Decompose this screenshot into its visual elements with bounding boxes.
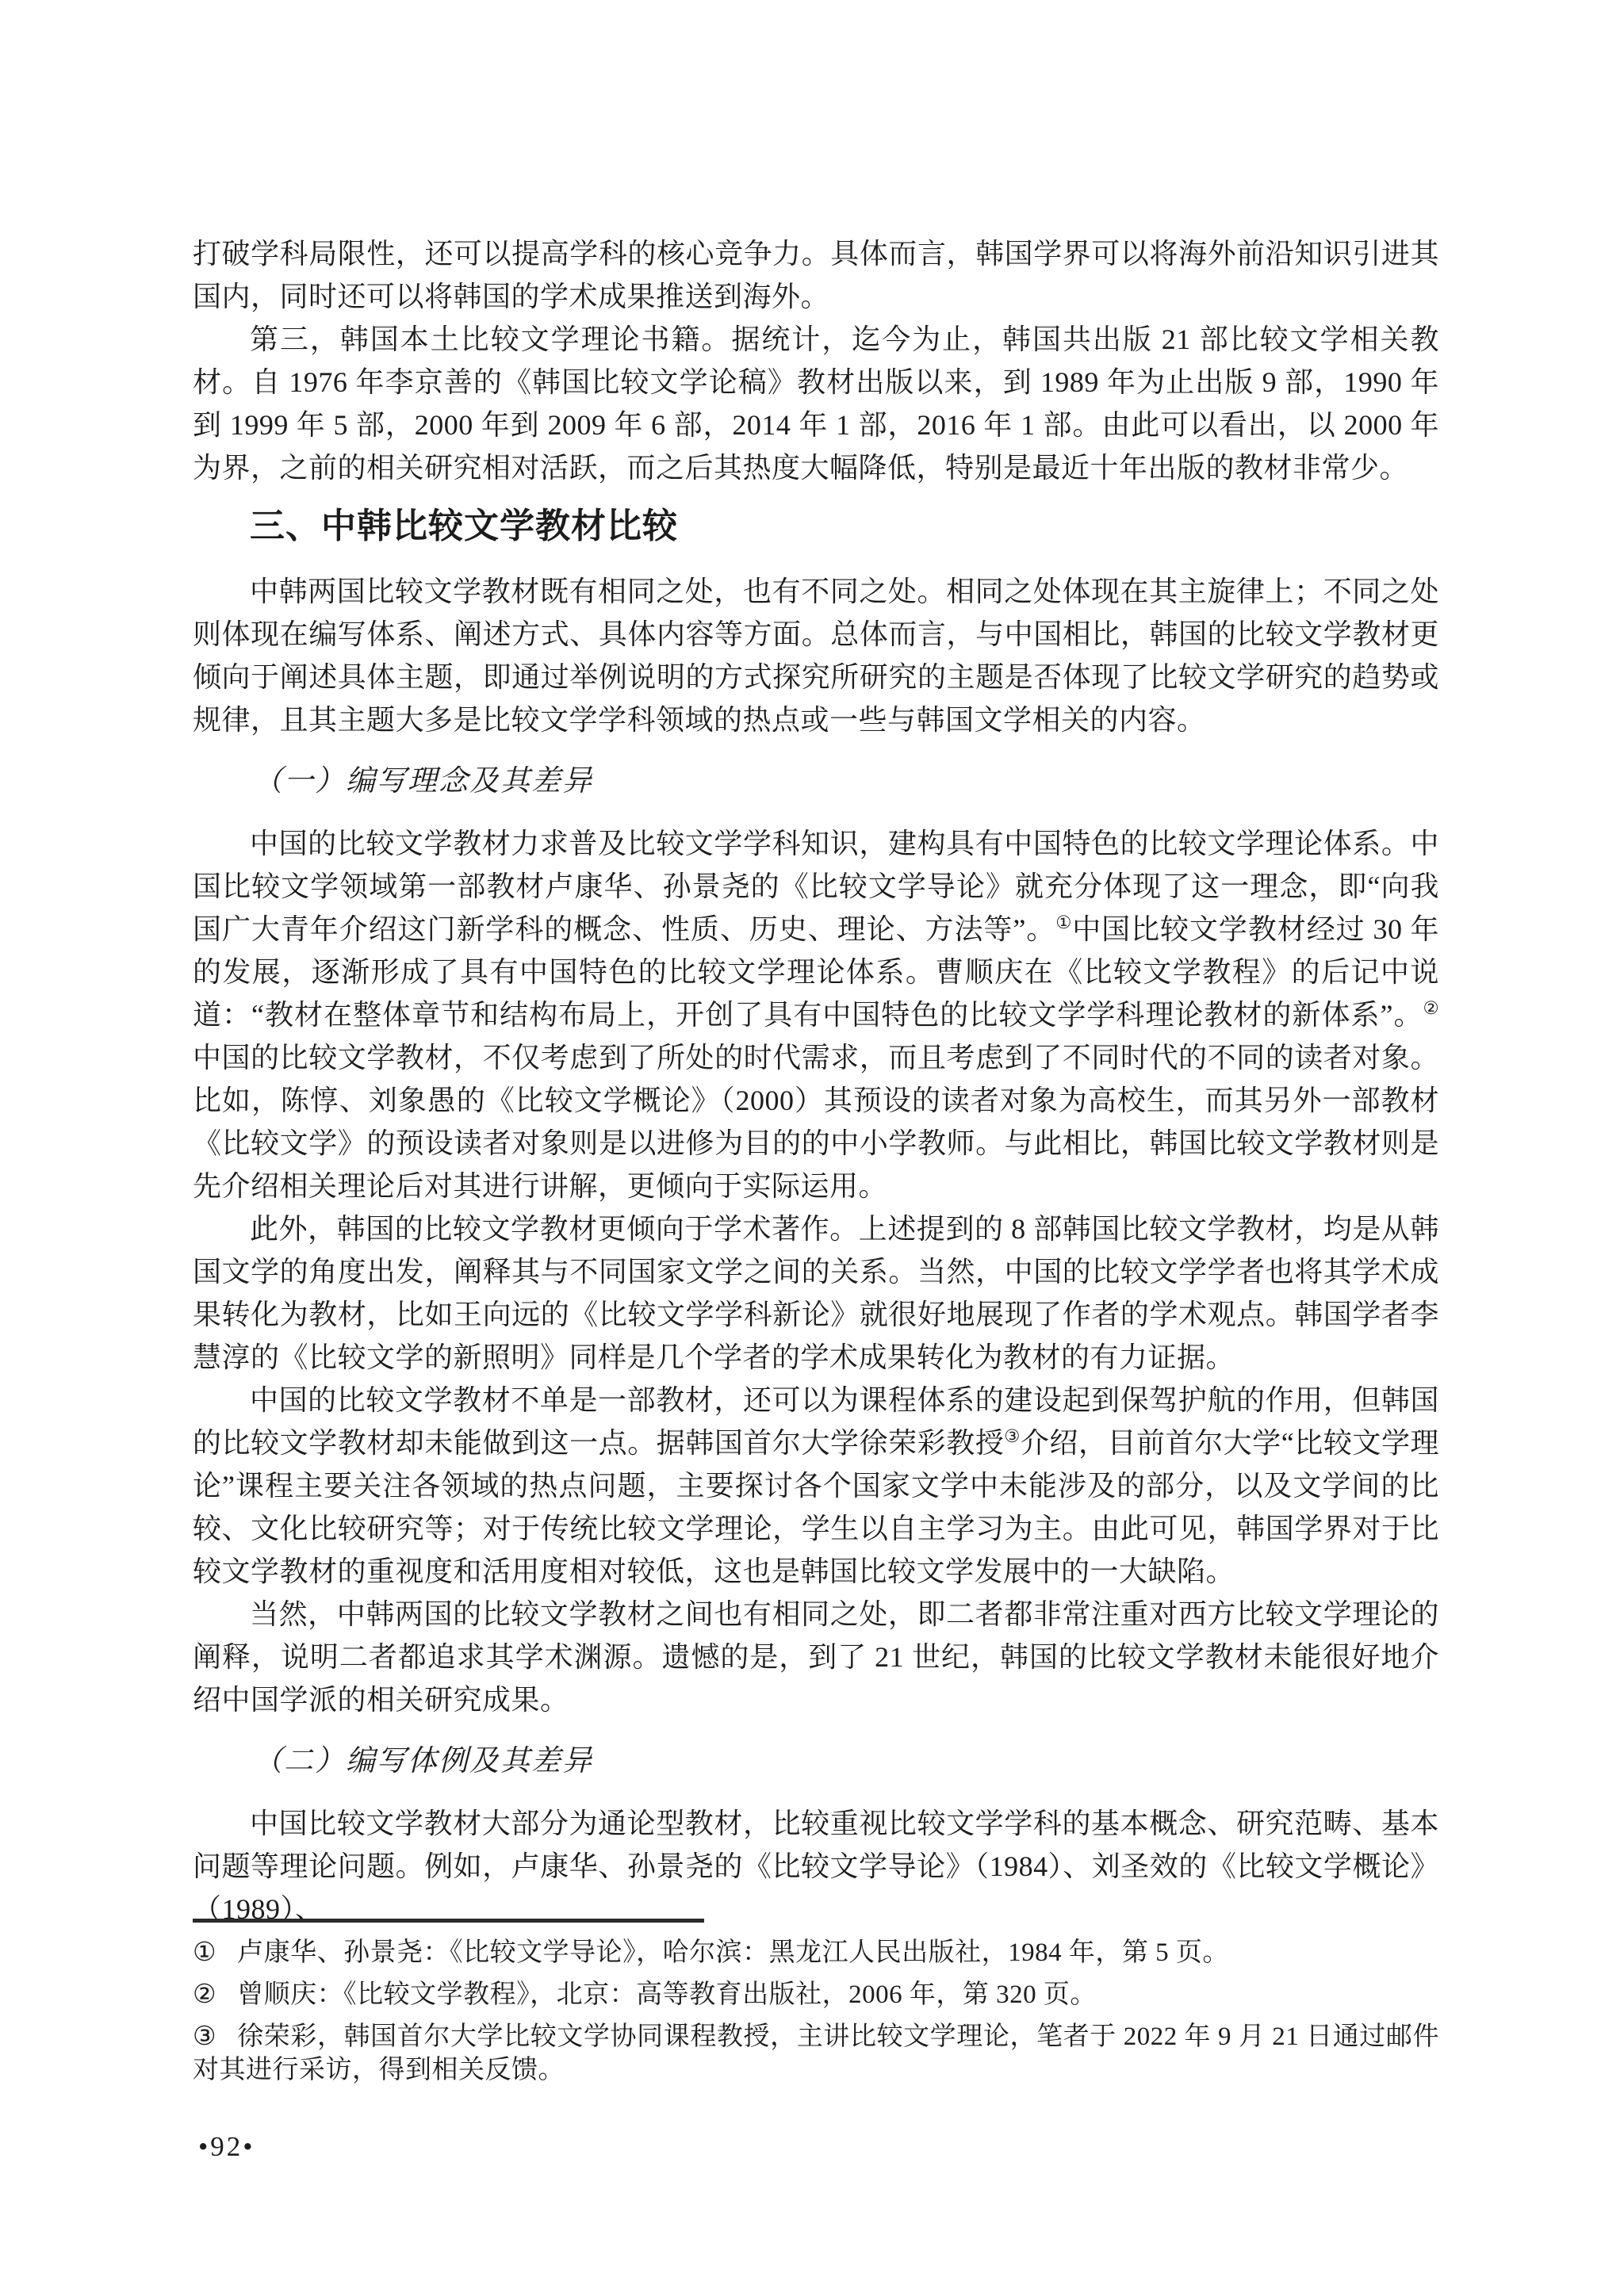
subsection-heading-1: （一）编写理念及其差异 [193,760,1439,803]
subsection-heading-2: （二）编写体例及其差异 [193,1740,1439,1783]
footnote-text: 卢康华、孙景尧：《比较文学导论》，哈尔滨：黑龙江人民出版社，1984 年，第 5… [237,1938,1229,1967]
footnote-text: 曾顺庆：《比较文学教程》，北京：高等教育出版社，2006 年，第 320 页。 [237,1980,1097,2009]
paragraph: 第三，韩国本土比较文学理论书籍。据统计，迄今为止，韩国共出版 21 部比较文学相… [193,318,1439,489]
page-number: •92• [198,2131,255,2163]
footnote-divider [193,1919,704,1923]
paragraph: 此外，韩国的比较文学教材更倾向于学术著作。上述提到的 8 部韩国比较文学教材，均… [193,1207,1439,1379]
footnote-marker: ③ [193,2020,216,2053]
paragraph: 中国的比较文学教材不单是一部教材，还可以为课程体系的建设起到保驾护航的作用，但韩… [193,1379,1439,1593]
paragraph: 当然，中韩两国的比较文学教材之间也有相同之处，即二者都非常注重对西方比较文学理论… [193,1593,1439,1721]
paragraph-continuation: 打破学科局限性，还可以提高学科的核心竞争力。具体而言，韩国学界可以将海外前沿知识… [193,232,1439,318]
paragraph: 中韩两国比较文学教材既有相同之处，也有不同之处。相同之处体现在其主旋律上；不同之… [193,570,1439,741]
page-content: 打破学科局限性，还可以提高学科的核心竞争力。具体而言，韩国学界可以将海外前沿知识… [193,232,1439,1931]
footnote: ②曾顺庆：《比较文学教程》，北京：高等教育出版社，2006 年，第 320 页。 [193,1978,1439,2011]
document-page: 打破学科局限性，还可以提高学科的核心竞争力。具体而言，韩国学界可以将海外前沿知识… [0,0,1624,2296]
paragraph: 中国比较文学教材大部分为通论型教材，比较重视比较文学学科的基本概念、研究范畴、基… [193,1802,1439,1931]
footnote: ③徐荣彩，韩国首尔大学比较文学协同课程教授，主讲比较文学理论，笔者于 2022 … [193,2020,1439,2087]
footnotes-section: ①卢康华、孙景尧：《比较文学导论》，哈尔滨：黑龙江人民出版社，1984 年，第 … [193,1936,1439,2095]
footnote-marker: ② [193,1978,216,2011]
paragraph: 中国的比较文学教材力求普及比较文学学科知识，建构具有中国特色的比较文学理论体系。… [193,822,1439,1207]
footnote: ①卢康华、孙景尧：《比较文学导论》，哈尔滨：黑龙江人民出版社，1984 年，第 … [193,1936,1439,1969]
footnote-text: 徐荣彩，韩国首尔大学比较文学协同课程教授，主讲比较文学理论，笔者于 2022 年… [193,2022,1439,2084]
section-heading: 三、中韩比较文学教材比较 [193,503,1439,549]
footnote-marker: ① [193,1936,216,1969]
